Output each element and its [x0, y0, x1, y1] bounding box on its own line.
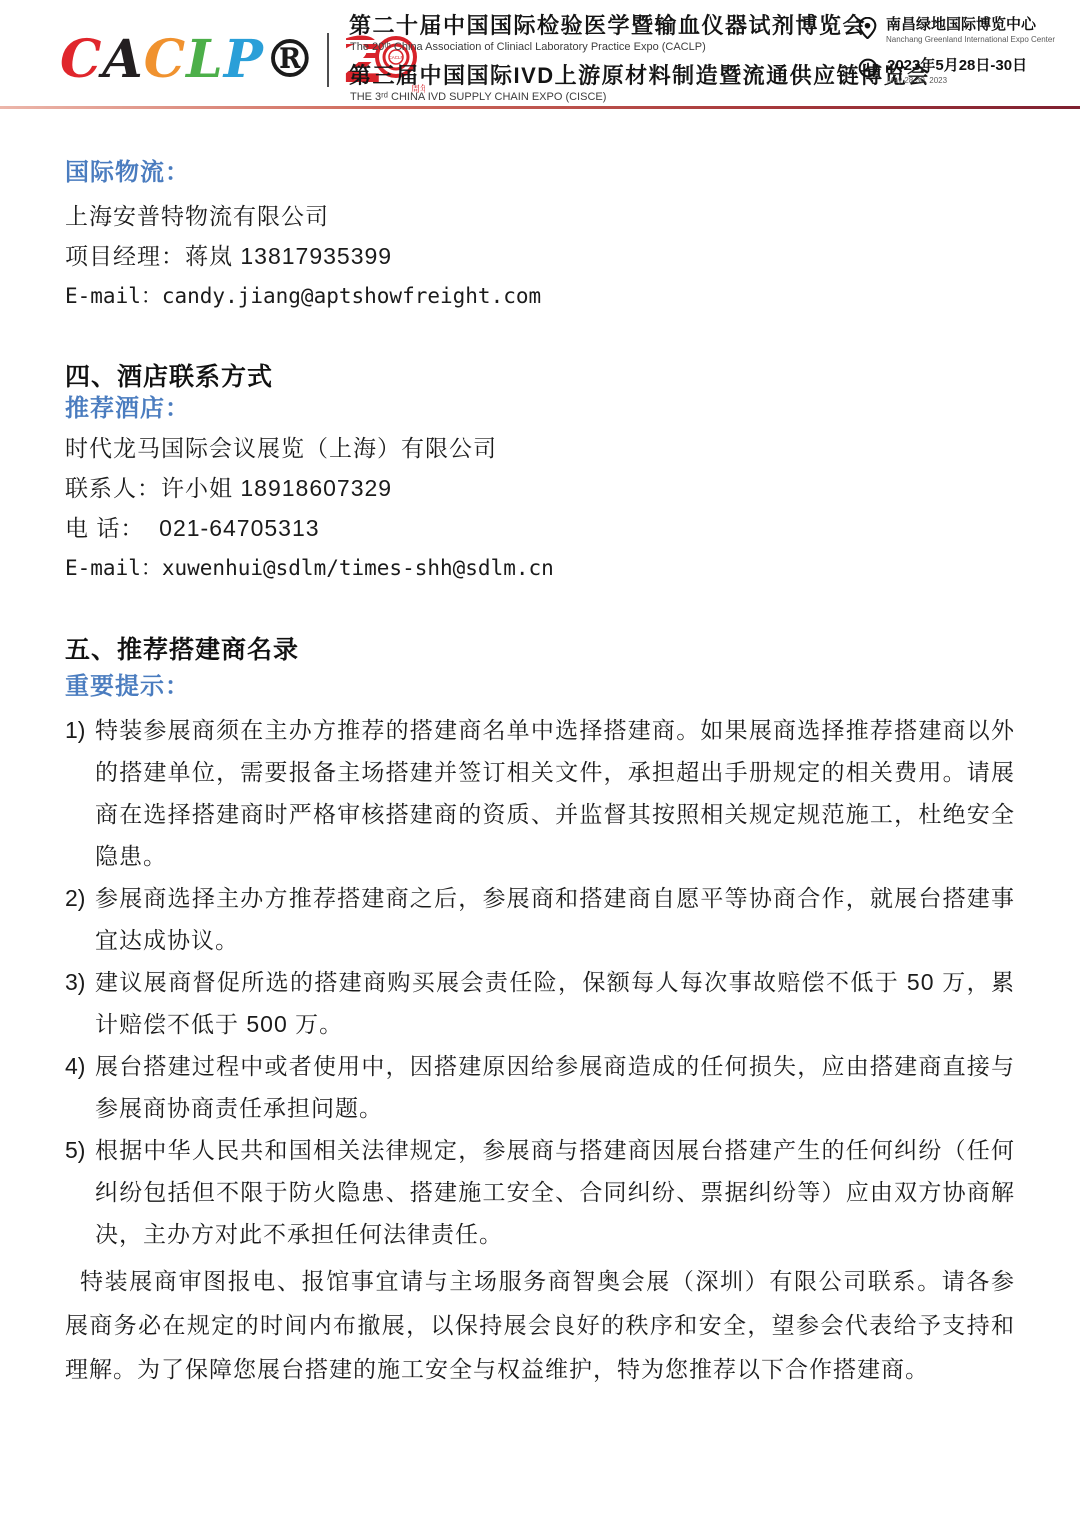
list-item-text: 建议展商督促所选的搭建商购买展会责任险，保额每人每次事故赔偿不低于 50 万，累…	[95, 969, 1015, 1037]
notice-list-item: 1) 特装参展商须在主办方推荐的搭建商名单中选择搭建商。如果展商选择推荐搭建商以…	[65, 709, 1015, 877]
logistics-heading: 国际物流：	[65, 157, 1015, 188]
event-meta: 南昌绿地国际博览中心 Nanchang Greenland Internatio…	[858, 16, 1055, 98]
hotel-company: 时代龙马国际会议展览（上海）有限公司	[65, 428, 1015, 468]
event-titles: 第二十届中国国际检验医学暨输血仪器试剂博览会 The 20ᵗʰ China As…	[349, 12, 931, 112]
caclp-logo-letter: C	[60, 29, 102, 90]
page-content: 国际物流： 上海安普特物流有限公司 项目经理：蒋岚 13817935399 E-…	[0, 157, 1080, 1391]
list-item-text: 特装参展商须在主办方推荐的搭建商名单中选择搭建商。如果展商选择推荐搭建商以外的搭…	[95, 717, 1015, 869]
caclp-logo-letter: P	[224, 29, 264, 90]
notice-list-item: 2) 参展商选择主办方推荐搭建商之后，参展商和搭建商自愿平等协商合作，就展台搭建…	[65, 877, 1015, 961]
list-item-text: 根据中华人民共和国相关法律规定，参展商与搭建商因展台搭建产生的任何纠纷（任何纠纷…	[95, 1137, 1015, 1247]
date-row: 2023年5月28日-30日 May 28-30, 2023	[858, 57, 1055, 86]
logistics-company: 上海安普特物流有限公司	[65, 196, 1015, 236]
registered-mark: ®	[264, 32, 317, 88]
list-item-text: 参展商选择主办方推荐搭建商之后，参展商和搭建商自愿平等协商合作，就展台搭建事宜达…	[95, 885, 1015, 953]
page-header: CACLP® 2 CACLP 周年 第二十届中国国际检验医学暨输血仪器试剂博览会…	[0, 0, 1080, 110]
event-title-1-zh: 第二十届中国国际检验医学暨输血仪器试剂博览会	[349, 12, 931, 40]
list-item-text: 展台搭建过程中或者使用中，因搭建原因给参展商造成的任何损失，应由搭建商直接与参展…	[95, 1053, 1015, 1121]
venue-name-en: Nanchang Greenland International Expo Ce…	[886, 35, 1055, 45]
caclp-logo: CACLP	[60, 32, 264, 88]
notice-list-item: 3) 建议展商督促所选的搭建商购买展会责任险，保额每人每次事故赔偿不低于 50 …	[65, 961, 1015, 1045]
event-title-1-en: The 20ᵗʰ China Association of Cliniacl L…	[350, 41, 931, 54]
caclp-logo-letter: L	[186, 29, 224, 90]
closing-paragraph: 特装展商审图报电、报馆事宜请与主场服务商智奥会展（深圳）有限公司联系。请各参展商…	[65, 1259, 1015, 1391]
event-date-en: May 28-30, 2023	[887, 76, 1027, 86]
list-item-number: 2)	[65, 877, 85, 919]
section-hotel-contacts: 四、酒店联系方式 推荐酒店： 时代龙马国际会议展览（上海）有限公司 联系人：许小…	[65, 361, 1015, 588]
header-divider-line	[0, 106, 1080, 109]
caclp-logo-letter: A	[102, 29, 143, 90]
hotel-email: E-mail：xuwenhui@sdlm/times-shh@sdlm.cn	[65, 548, 1015, 588]
hotel-contact: 联系人：许小姐 18918607329	[65, 468, 1015, 508]
builders-section-title: 五、推荐搭建商名录	[65, 634, 1015, 666]
hotel-section-title: 四、酒店联系方式	[65, 361, 1015, 393]
caclp-logo-letter: C	[144, 29, 186, 90]
logistics-email: E-mail：candy.jiang@aptshowfreight.com	[65, 276, 1015, 316]
venue-name-zh: 南昌绿地国际博览中心	[886, 16, 1055, 34]
list-item-number: 3)	[65, 961, 85, 1003]
logo-divider	[327, 33, 329, 87]
hotel-phone: 电 话： 021-64705313	[65, 508, 1015, 548]
section-recommended-builders: 五、推荐搭建商名录 重要提示： 1) 特装参展商须在主办方推荐的搭建商名单中选择…	[65, 634, 1015, 1391]
location-pin-icon	[858, 17, 877, 39]
list-item-number: 1)	[65, 709, 85, 751]
venue-row: 南昌绿地国际博览中心 Nanchang Greenland Internatio…	[858, 16, 1055, 45]
logistics-manager: 项目经理：蒋岚 13817935399	[65, 236, 1015, 276]
recommended-hotel-heading: 推荐酒店：	[65, 393, 1015, 424]
event-title-2-zh: 第三届中国国际IVD上游原材料制造暨流通供应链博览会	[349, 62, 931, 90]
clock-icon	[858, 58, 878, 78]
event-title-2-en: THE 3ʳᵈ CHINA IVD SUPPLY CHAIN EXPO (CIS…	[350, 91, 931, 104]
notice-list-item: 4) 展台搭建过程中或者使用中，因搭建原因给参展商造成的任何损失，应由搭建商直接…	[65, 1045, 1015, 1129]
notice-list-item: 5) 根据中华人民共和国相关法律规定，参展商与搭建商因展台搭建产生的任何纠纷（任…	[65, 1129, 1015, 1255]
event-date-zh: 2023年5月28日-30日	[887, 57, 1027, 75]
section-international-logistics: 国际物流： 上海安普特物流有限公司 项目经理：蒋岚 13817935399 E-…	[65, 157, 1015, 316]
list-item-number: 4)	[65, 1045, 85, 1087]
list-item-number: 5)	[65, 1129, 85, 1171]
notice-list: 1) 特装参展商须在主办方推荐的搭建商名单中选择搭建商。如果展商选择推荐搭建商以…	[65, 709, 1015, 1255]
important-notice-heading: 重要提示：	[65, 671, 1015, 702]
